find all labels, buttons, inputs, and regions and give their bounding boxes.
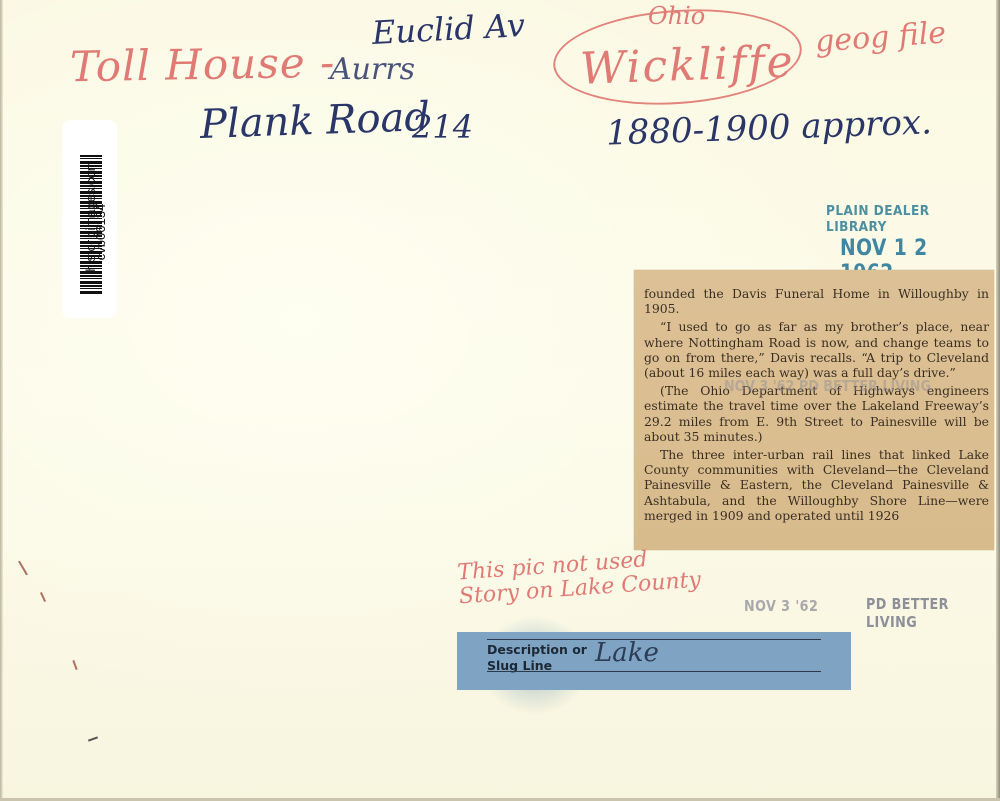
slug-line-label: Description or Slug Line Lake [457, 632, 851, 690]
department-date-stamp: NOV 3 '62 [744, 597, 818, 615]
department-stamp: PD BETTER LIVING [866, 595, 980, 631]
barcode-sticker: historicimages.com cvb06134 [62, 120, 117, 318]
slug-field-label: Description or Slug Line [487, 642, 587, 674]
paper-edge-left [0, 0, 3, 801]
handwritten-ohio: Ohio [648, 2, 705, 30]
label-rule [487, 671, 821, 672]
handwritten-euclid-ave: Euclid Av [371, 6, 526, 52]
slug-label-line1: Description or [487, 642, 587, 658]
clipping-paragraph: founded the Davis Funeral Home in Willou… [644, 286, 989, 316]
clipping-paragraph: The three inter-urban rail lines that li… [644, 447, 989, 523]
clipping-text: founded the Davis Funeral Home in Willou… [644, 286, 989, 526]
handwritten-plank-road: Plank Road [199, 94, 430, 148]
paper-edge-right [996, 0, 1000, 801]
handwritten-number: 214 [412, 108, 473, 146]
handwritten-toll-house: Toll House - [70, 38, 336, 92]
clipping-faint-stamp: NOV 3 '62 PD BETTER LIVING [724, 377, 931, 395]
slug-value: Lake [595, 638, 659, 668]
clipping-paragraph: “I used to go as far as my brother’s pla… [644, 319, 989, 380]
handwritten-wickliffe: Wickliffe [579, 36, 795, 94]
sticker-code: cvb06134 [93, 147, 109, 317]
newspaper-clipping: founded the Davis Funeral Home in Willou… [634, 270, 994, 550]
library-stamp: PLAIN DEALER LIBRARY [826, 203, 983, 235]
handwritten-scribble: Aurrs [330, 52, 415, 87]
